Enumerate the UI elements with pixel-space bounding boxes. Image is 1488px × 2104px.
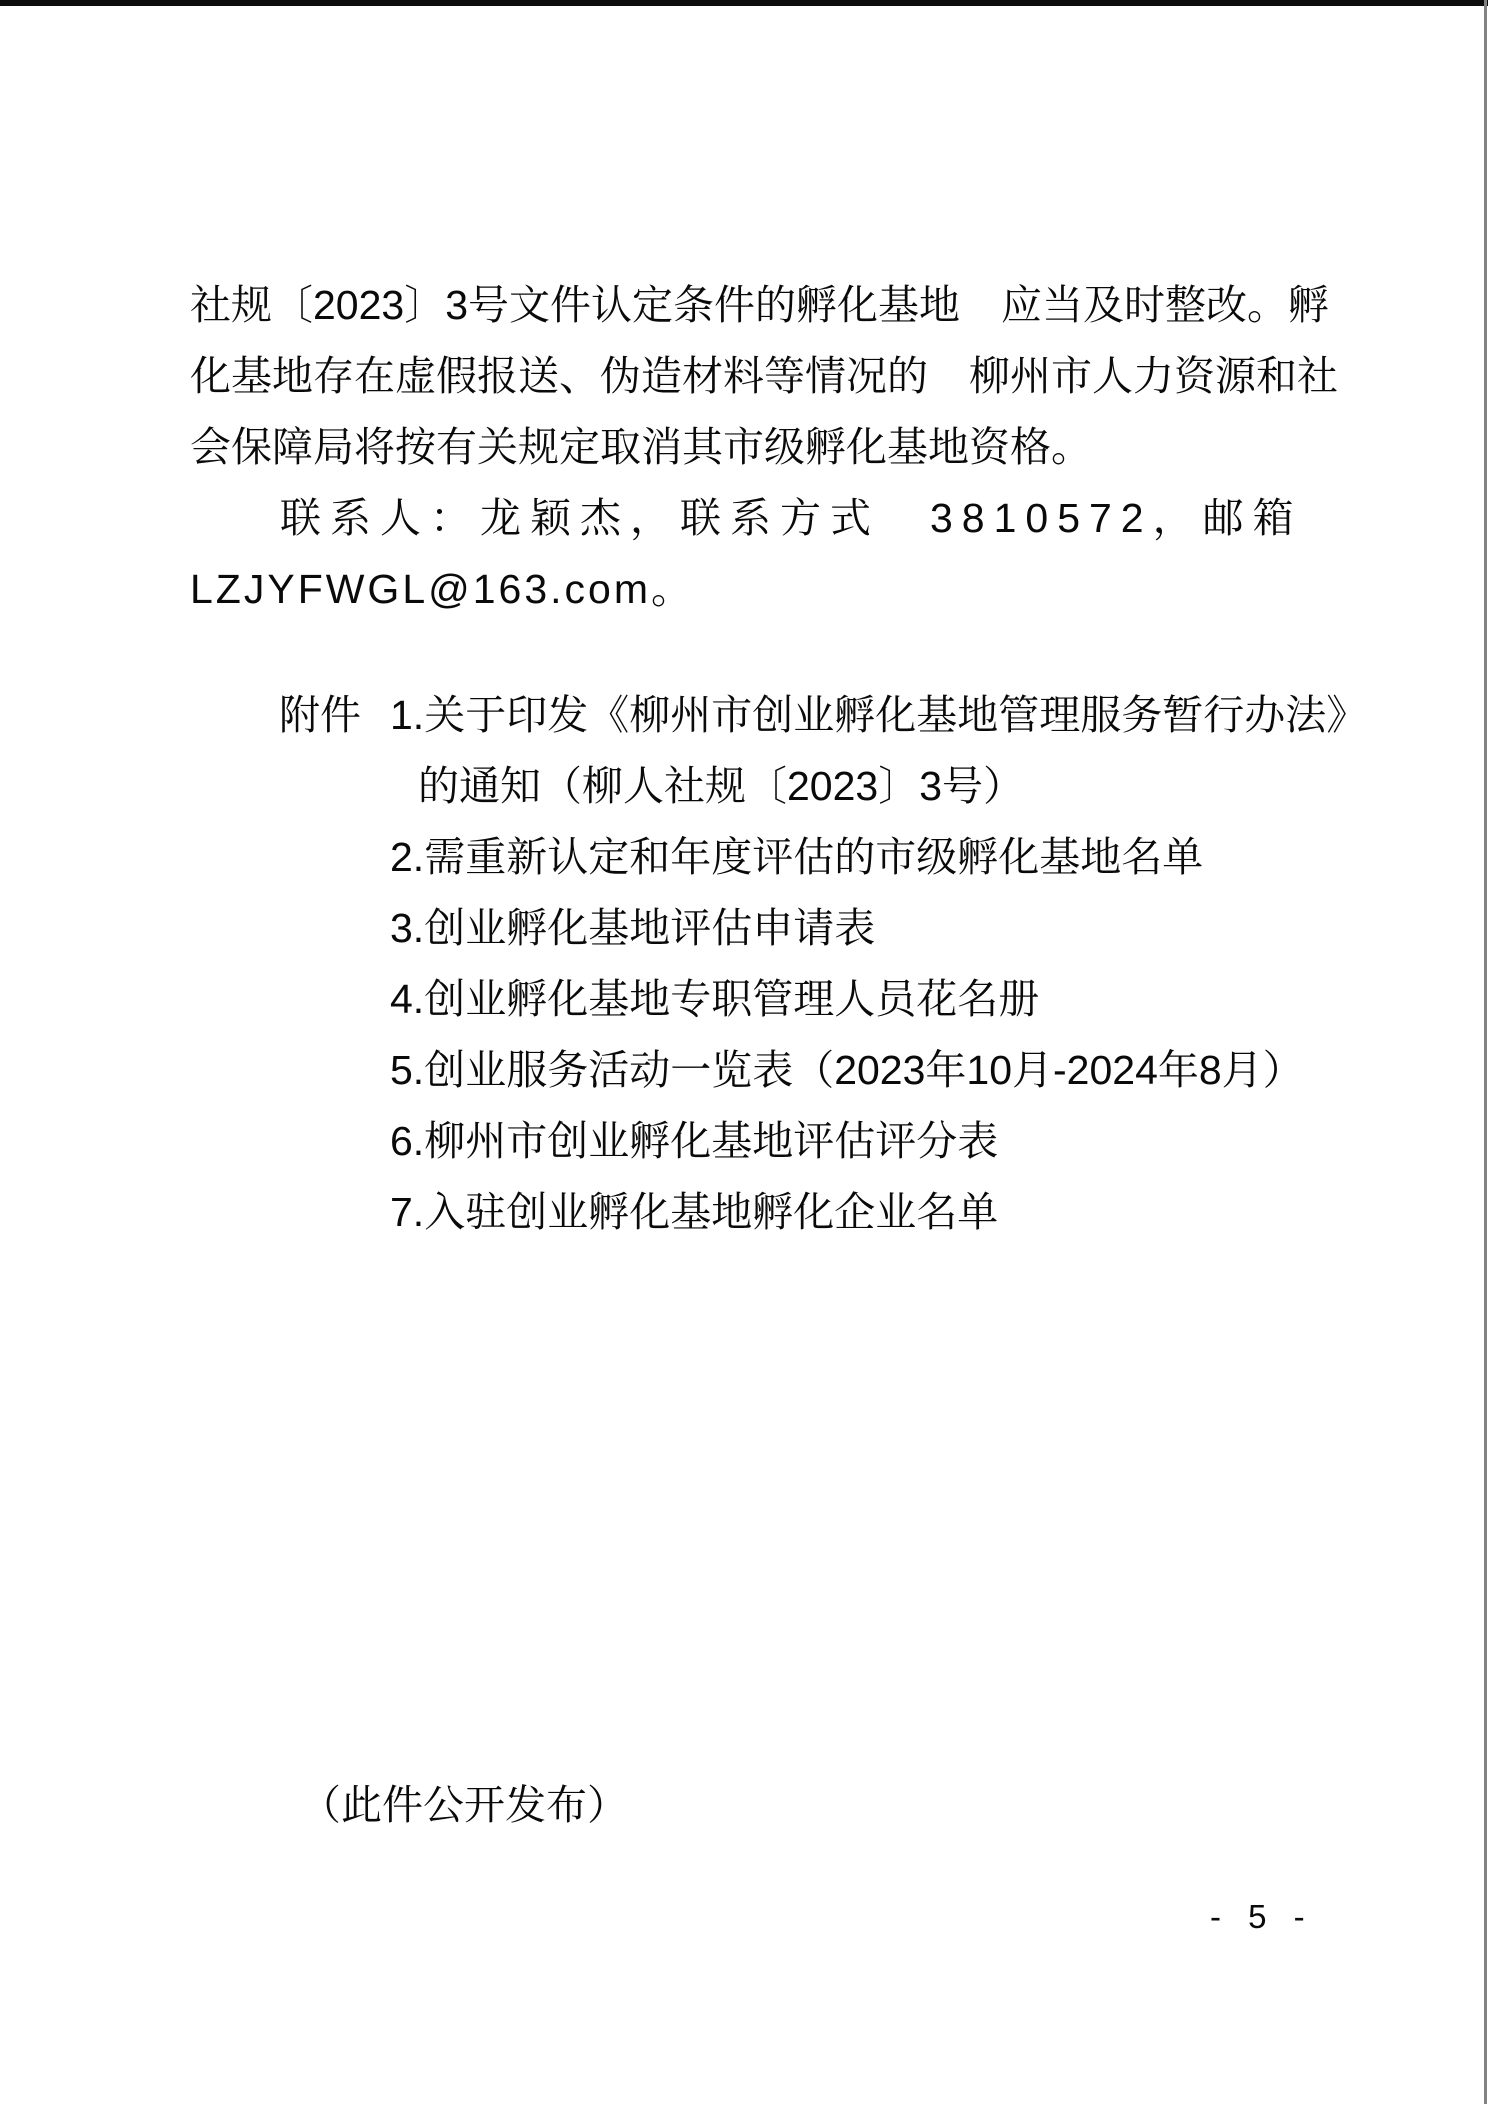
body-line: 化基地存在虚假报送、伪造材料等情况的 柳州市人力资源和社 bbox=[190, 341, 1310, 412]
page-number: - 5 - bbox=[1210, 1892, 1314, 1942]
document-page: 社规〔2023〕3号文件认定条件的孵化基地 应当及时整改。孵 化基地存在虚假报送… bbox=[0, 0, 1488, 2104]
attachment-item: 1.关于印发《柳州市创业孵化基地管理服务暂行办法》 bbox=[390, 680, 1367, 751]
body-line: 会保障局将按有关规定取消其市级孵化基地资格。 bbox=[190, 412, 1310, 483]
contact-line: 联系人：龙颖杰，联系方式 3810572，邮箱 bbox=[190, 483, 1310, 554]
body-line: 社规〔2023〕3号文件认定条件的孵化基地 应当及时整改。孵 bbox=[190, 270, 1310, 341]
body-text: 社规〔2023〕3号文件认定条件的孵化基地 应当及时整改。孵 化基地存在虚假报送… bbox=[190, 270, 1310, 625]
attachment-item: 7.入驻创业孵化基地孵化企业名单 bbox=[390, 1177, 1367, 1248]
attachments-label: 附件 bbox=[279, 680, 361, 751]
attachment-item: 2.需重新认定和年度评估的市级孵化基地名单 bbox=[390, 822, 1367, 893]
page-top-edge bbox=[0, 0, 1488, 6]
page-right-edge bbox=[1484, 0, 1487, 2104]
attachment-item: 6.柳州市创业孵化基地评估评分表 bbox=[390, 1106, 1367, 1177]
footer-note: （此件公开发布） bbox=[300, 1770, 628, 1841]
attachments-list: 1.关于印发《柳州市创业孵化基地管理服务暂行办法》 的通知（柳人社规〔2023〕… bbox=[390, 680, 1367, 1248]
attachment-item: 3.创业孵化基地评估申请表 bbox=[390, 893, 1367, 964]
attachment-item: 5.创业服务活动一览表（2023年10月-2024年8月） bbox=[390, 1035, 1367, 1106]
attachment-item-continuation: 的通知（柳人社规〔2023〕3号） bbox=[390, 751, 1367, 822]
contact-email: LZJYFWGL@163.com。 bbox=[190, 554, 1310, 625]
attachment-item: 4.创业孵化基地专职管理人员花名册 bbox=[390, 964, 1367, 1035]
